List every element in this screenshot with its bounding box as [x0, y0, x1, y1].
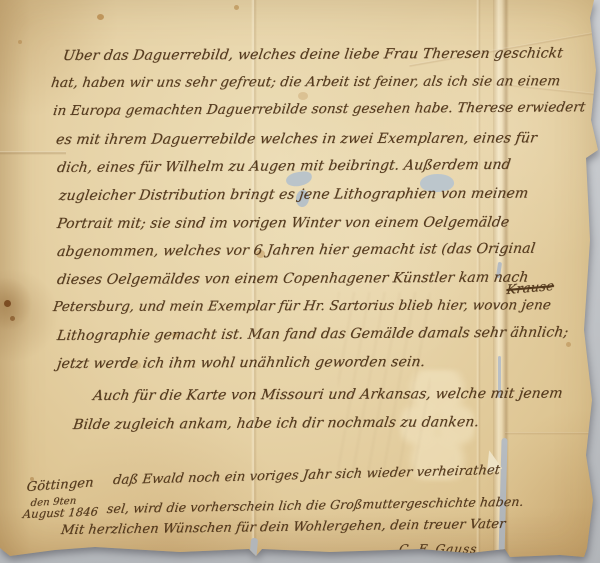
handwriting-line: Lithographie gemacht ist. Man fand das G…	[56, 324, 569, 344]
crease-horizontal-right	[505, 432, 600, 435]
foxing-spot	[97, 14, 104, 20]
handwriting-line: dich, eines für Wilhelm zu Augen mit bei…	[56, 157, 512, 176]
signature: C. F. Gauss	[398, 543, 478, 557]
bottom-edge-notch	[249, 538, 258, 563]
foxing-spot	[4, 300, 11, 307]
dateline-place: Göttingen	[26, 476, 94, 496]
foxing-spot	[234, 5, 239, 10]
dateline-monthyear: August 1846	[22, 505, 99, 521]
foxing-spot	[566, 342, 571, 347]
handwriting-line: es mit ihrem Daguerrebilde welches in zw…	[55, 130, 538, 148]
handwriting-line: Uber das Daguerrebild, welches deine lie…	[62, 45, 564, 64]
letter-paper: Uber das Daguerrebild, welches deine lie…	[0, 0, 600, 563]
foxing-spot	[18, 40, 22, 44]
crease-horizontal-left	[0, 151, 66, 155]
scanned-letter-photo: Uber das Daguerrebild, welches deine lie…	[0, 0, 600, 563]
foxing-spot	[10, 316, 15, 321]
handwriting-line: abgenommen, welches vor 6 Jahren hier ge…	[56, 241, 536, 260]
handwriting-line: in Europa gemachten Daguerrebilde sonst …	[52, 100, 586, 119]
handwriting-line: Portrait mit; sie sind im vorigen Winter…	[56, 214, 510, 232]
handwriting-line: dieses Oelgemäldes von einem Copenhagene…	[56, 270, 529, 289]
struck-word: Krause	[506, 280, 554, 299]
foxing-spot	[298, 92, 308, 100]
handwriting-line: zugleicher Distribution bringt es jene L…	[58, 186, 529, 205]
ink-bleed-through	[338, 292, 430, 472]
handwriting-line: Bilde zugleich ankam, habe ich dir nochm…	[72, 414, 480, 433]
paper-shadow-wrap: Uber das Daguerrebild, welches deine lie…	[0, 0, 600, 563]
handwriting-line: Auch für die Karte von Missouri und Arka…	[92, 386, 564, 405]
handwriting-line: jetzt werde ich ihm wohl unähnlich gewor…	[56, 354, 426, 372]
handwriting-line: daß Ewald noch ein voriges Jahr sich wie…	[112, 464, 501, 489]
handwriting-line: sel, wird die vorherschein lich die Groß…	[106, 495, 524, 517]
handwriting-line: hat, haben wir uns sehr gefreut; die Arb…	[50, 74, 561, 91]
handwriting-line: Petersburg, und mein Exemplar für Hr. Sa…	[52, 298, 552, 315]
closing-line: Mit herzlichen Wünschen für dein Wohlerg…	[60, 518, 506, 539]
